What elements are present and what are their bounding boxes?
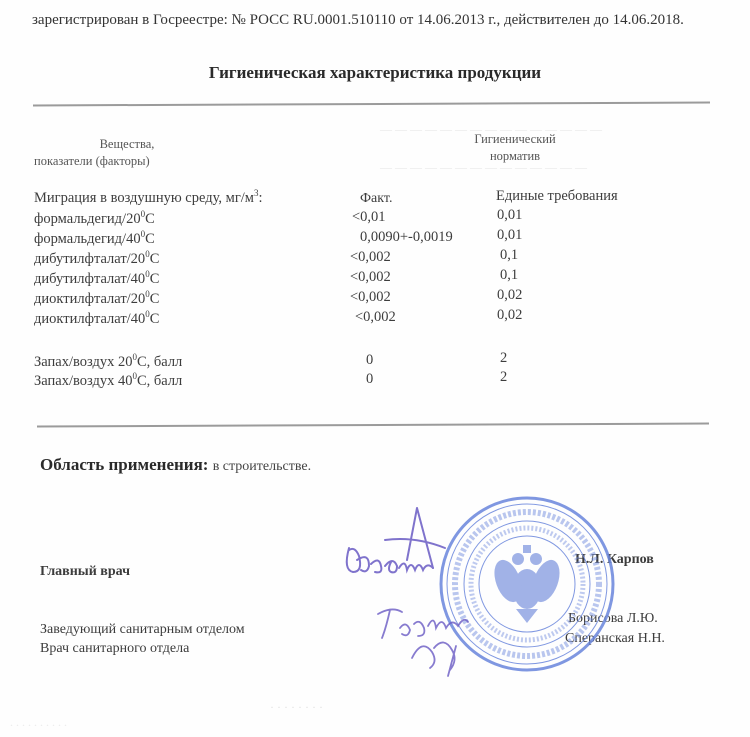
substance-name-text: формальдегид/20 [34, 211, 141, 227]
fact-value: <0,002 [350, 268, 391, 287]
scope-line: Область применения: в строительстве. [40, 455, 311, 475]
substance-unit: С [150, 251, 160, 267]
norm-value: 0,02 [497, 286, 522, 305]
registration-text: зарегистрирован в Госреестре: № РОСС RU.… [32, 10, 732, 31]
header-norm-line1: Гигиенический [440, 131, 590, 148]
substance-unit: С, балл [137, 354, 182, 370]
substance-unit: С [145, 231, 155, 247]
substance-name: Запах/воздух 400С, балл [34, 372, 182, 391]
norm-value: 0,01 [497, 226, 522, 245]
substance-name: дибутилфталат/400С [34, 270, 159, 289]
substance-name-text: формальдегид/40 [34, 231, 141, 247]
substance-name-text: Запах/воздух 20 [34, 354, 132, 370]
migration-label-suffix: : [258, 190, 262, 206]
substance-unit: С [145, 211, 155, 227]
migration-label: Миграция в воздушную среду, мг/м3: [34, 189, 263, 208]
norm-value: 2 [500, 349, 507, 368]
norm-value: 0,02 [497, 306, 522, 325]
scope-label: Область применения: [40, 455, 208, 474]
norm-value: 0,01 [497, 206, 522, 225]
scope-value: в строительстве. [213, 459, 311, 474]
doctor-role: Врач санитарного отдела [40, 641, 189, 657]
header-substances-line2: показатели (факторы) [34, 153, 222, 170]
substance-name: диоктилфталат/200С [34, 290, 159, 309]
substance-name: Запах/воздух 200С, балл [34, 353, 182, 372]
norm-value: 0,1 [500, 266, 518, 285]
substance-name-text: диоктилфталат/20 [34, 291, 145, 307]
header-substances-line1: Вещества, [32, 136, 222, 153]
bleed-through-text: · · · · · · · · [270, 700, 323, 715]
fact-value: <0,002 [355, 308, 396, 327]
substance-name: формальдегид/200С [34, 210, 155, 229]
norm-value: 0,1 [500, 246, 518, 265]
substance-unit: С [150, 291, 160, 307]
fact-value: 0 [366, 351, 373, 370]
column-fact: Факт. [360, 189, 392, 208]
substance-unit: С, балл [137, 373, 182, 389]
eagle-emblem-icon [489, 545, 565, 623]
fact-value: 0 [366, 370, 373, 389]
bleed-through-text: . . . . . . . . . . [10, 715, 67, 730]
substance-name-text: дибутилфталат/20 [34, 251, 145, 267]
fact-value: <0,01 [352, 208, 386, 227]
column-norm: Единые требования [496, 187, 618, 206]
substance-name: дибутилфталат/200С [34, 250, 159, 269]
head-role: Заведующий санитарным отделом [40, 622, 245, 638]
header-norm-line2: норматив [440, 148, 590, 165]
fact-value: 0,0090+-0,0019 [360, 228, 453, 247]
section-title: Гигиеническая характеристика продукции [0, 63, 750, 83]
substance-name-text: Запах/воздух 40 [34, 373, 132, 389]
substance-unit: С [150, 271, 160, 287]
top-divider [33, 102, 710, 107]
norm-value: 2 [500, 368, 507, 387]
fact-value: <0,002 [350, 248, 391, 267]
substance-name-text: диоктилфталат/40 [34, 311, 145, 327]
substance-unit: С [150, 311, 160, 327]
fact-value: <0,002 [350, 288, 391, 307]
header-norm: Гигиенический норматив [440, 131, 590, 165]
chief-signature-icon [335, 500, 485, 590]
substance-name: формальдегид/400С [34, 230, 155, 249]
header-substances: Вещества, показатели (факторы) [32, 136, 222, 170]
migration-label-text: Миграция в воздушную среду, мг/м [34, 190, 254, 206]
bottom-divider [37, 423, 709, 428]
substance-name-text: дибутилфталат/40 [34, 271, 145, 287]
substance-name: диоктилфталат/400С [34, 310, 159, 329]
head-signature-icon [372, 598, 482, 678]
chief-doctor-role: Главный врач [40, 564, 130, 580]
